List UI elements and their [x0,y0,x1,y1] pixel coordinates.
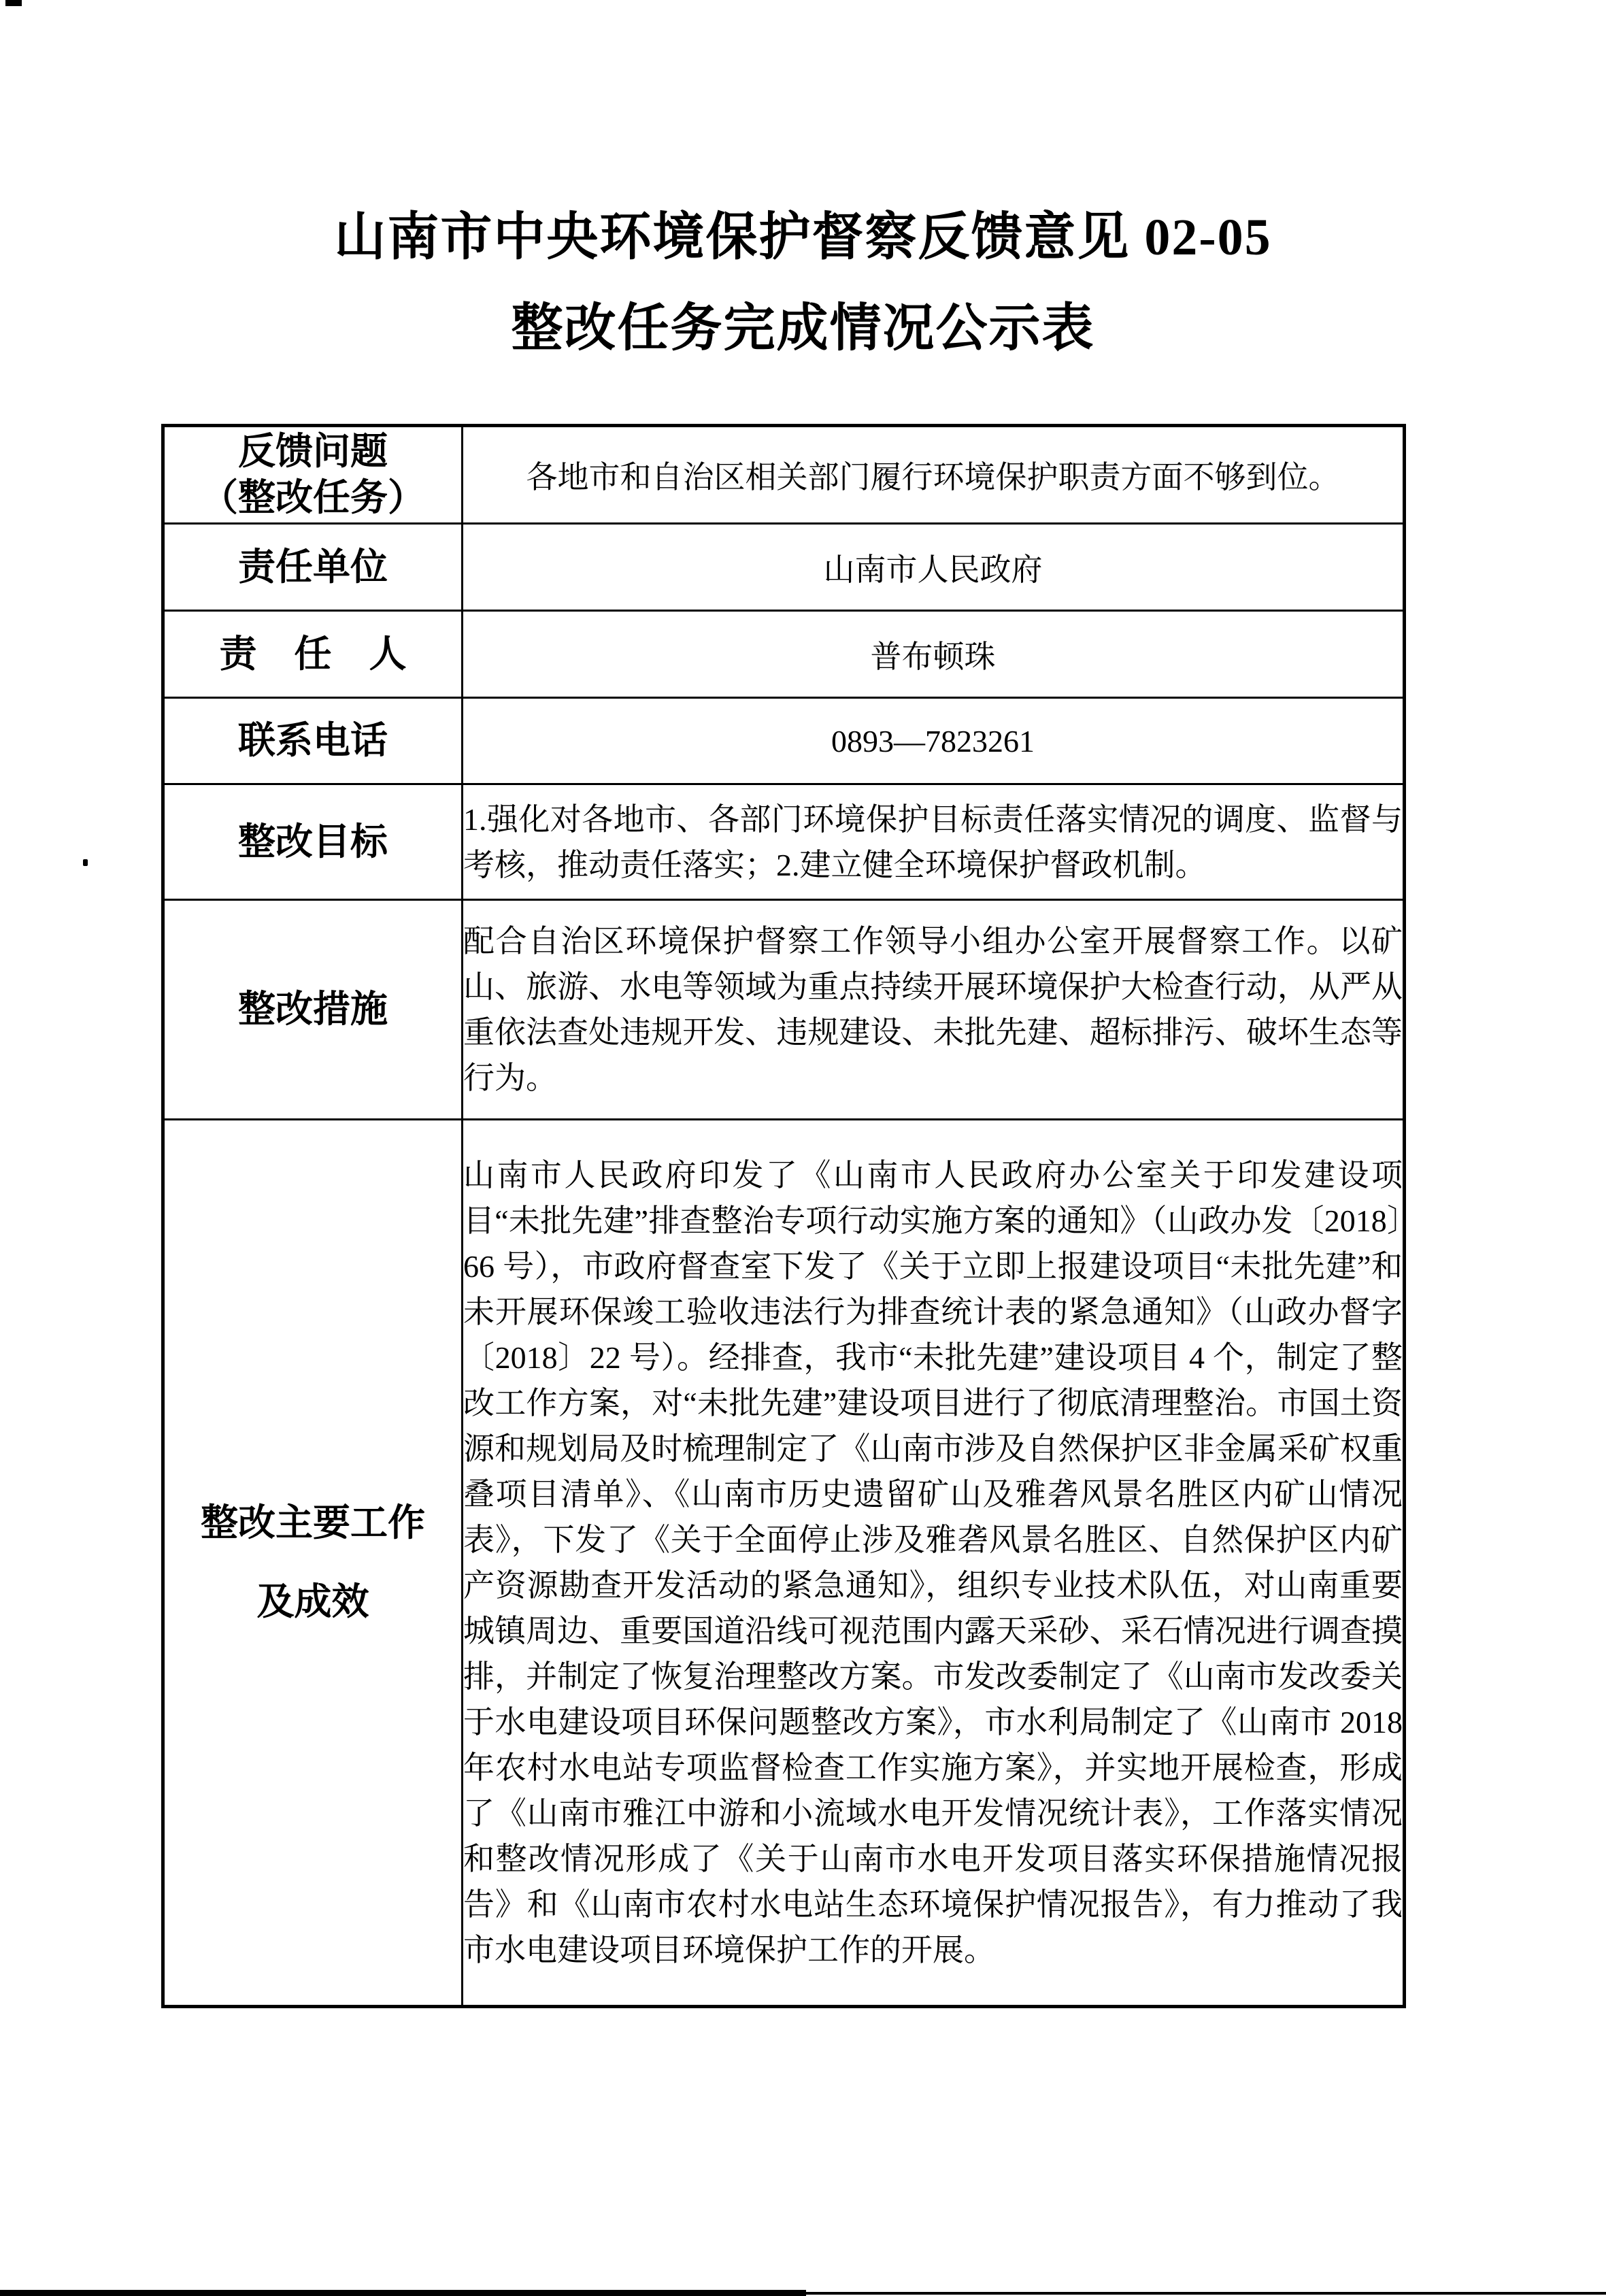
page-title: 山南市中央环境保护督察反馈意见 02-05 整改任务完成情况公示表 [0,192,1606,374]
table-row-feedback-issue: 反馈问题 （整改任务） 各地市和自治区相关部门履行环境保护职责方面不够到位。 [163,426,1405,524]
label-line: 责任单位 [165,544,461,590]
label-line: 整改主要工作 [165,1500,461,1546]
table-row-contact-phone: 联系电话 0893—7823261 [163,698,1405,784]
label-line: 及成效 [165,1579,461,1625]
page-title-line-2: 整改任务完成情况公示表 [0,283,1606,374]
label-line: 联系电话 [165,718,461,764]
rectification-goal-value: 1.强化对各地市、各部门环境保护目标责任落实情况的调度、监督与考核，推动责任落实… [463,784,1405,900]
rectification-notice-table: 反馈问题 （整改任务） 各地市和自治区相关部门履行环境保护职责方面不够到位。 责… [161,424,1406,2008]
table-row-rectification-goal: 整改目标 1.强化对各地市、各部门环境保护目标责任落实情况的调度、监督与考核，推… [163,784,1405,900]
page-title-line-1: 山南市中央环境保护督察反馈意见 02-05 [0,192,1606,283]
table-row-responsible-person: 责 任 人 普布顿珠 [163,611,1405,698]
table-row-main-work-results: 整改主要工作 及成效 山南市人民政府印发了《山南市人民政府办公室关于印发建设项目… [163,1120,1405,2007]
scan-artifact-speck [83,859,88,866]
label-line: 反馈问题 [165,429,461,475]
table-row-responsible-unit: 责任单位 山南市人民政府 [163,524,1405,611]
label-line: 整改措施 [165,986,461,1033]
scan-artifact-bottom-band-right [806,2292,1606,2295]
feedback-issue-label: 反馈问题 （整改任务） [163,426,463,524]
scan-artifact-bottom-band-left [0,2290,806,2296]
rectification-measures-label: 整改措施 [163,900,463,1120]
scanned-document-page: { "document": { "title_line1": "山南市中央环境保… [0,0,1606,2296]
contact-phone-label: 联系电话 [163,698,463,784]
label-line: 整改目标 [165,819,461,865]
responsible-person-label: 责 任 人 [163,611,463,698]
table-row-rectification-measures: 整改措施 配合自治区环境保护督察工作领导小组办公室开展督察工作。以矿山、旅游、水… [163,900,1405,1120]
responsible-unit-label: 责任单位 [163,524,463,611]
label-line: 责 任 人 [165,631,461,678]
responsible-unit-value: 山南市人民政府 [463,524,1405,611]
label-line: （整改任务） [165,475,461,521]
feedback-issue-value: 各地市和自治区相关部门履行环境保护职责方面不够到位。 [463,426,1405,524]
main-work-results-value: 山南市人民政府印发了《山南市人民政府办公室关于印发建设项目“未批先建”排查整治专… [463,1120,1405,2007]
contact-phone-value: 0893—7823261 [463,698,1405,784]
scan-artifact-top-left [5,0,22,6]
rectification-measures-value: 配合自治区环境保护督察工作领导小组办公室开展督察工作。以矿山、旅游、水电等领域为… [463,900,1405,1120]
rectification-goal-label: 整改目标 [163,784,463,900]
responsible-person-value: 普布顿珠 [463,611,1405,698]
main-work-results-label: 整改主要工作 及成效 [163,1120,463,2007]
